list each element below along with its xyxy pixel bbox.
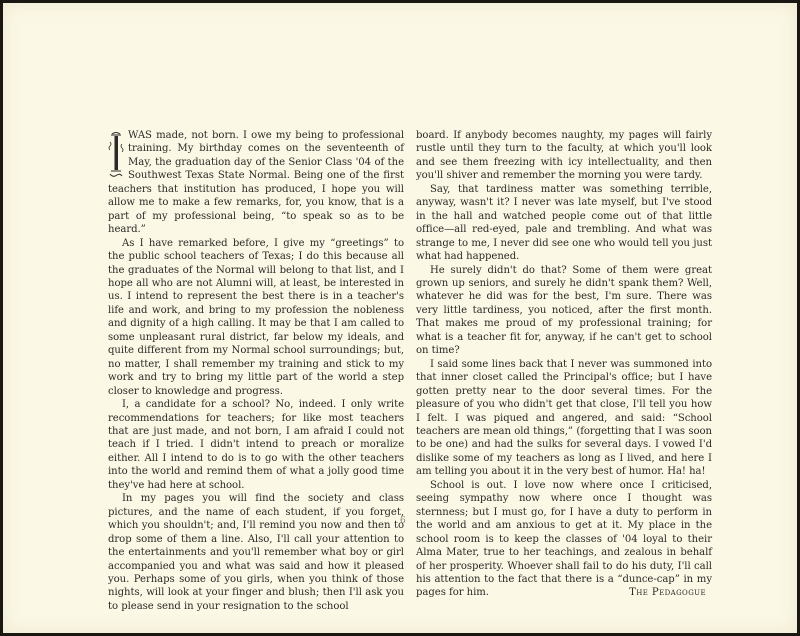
- paragraph-9: School is out. I love now where once I c…: [416, 479, 712, 600]
- left-column: WAS made, not born. I owe my being to pr…: [108, 129, 404, 613]
- document-page: WAS made, not born. I owe my being to pr…: [3, 3, 797, 633]
- page-number: 6: [400, 516, 406, 526]
- paragraph-3: I, a candidate for a school? No, indeed.…: [108, 398, 404, 492]
- paragraph-6: Say, that tardiness matter was something…: [416, 183, 712, 264]
- right-column: board. If anybody becomes naughty, my pa…: [416, 129, 712, 600]
- ornamental-initial-i-icon: [108, 130, 124, 180]
- paragraph-1: WAS made, not born. I owe my being to pr…: [108, 129, 404, 237]
- paragraph-8: I said some lines back that I never was …: [416, 358, 712, 479]
- signature: The Pedagogue: [615, 586, 706, 599]
- paragraph-5: board. If anybody becomes naughty, my pa…: [416, 129, 712, 183]
- paragraph-4: In my pages you will find the society an…: [108, 492, 404, 613]
- paragraph-2: As I have remarked before, I give my “gr…: [108, 237, 404, 398]
- paragraph-7: He surely didn't do that? Some of them w…: [416, 264, 712, 358]
